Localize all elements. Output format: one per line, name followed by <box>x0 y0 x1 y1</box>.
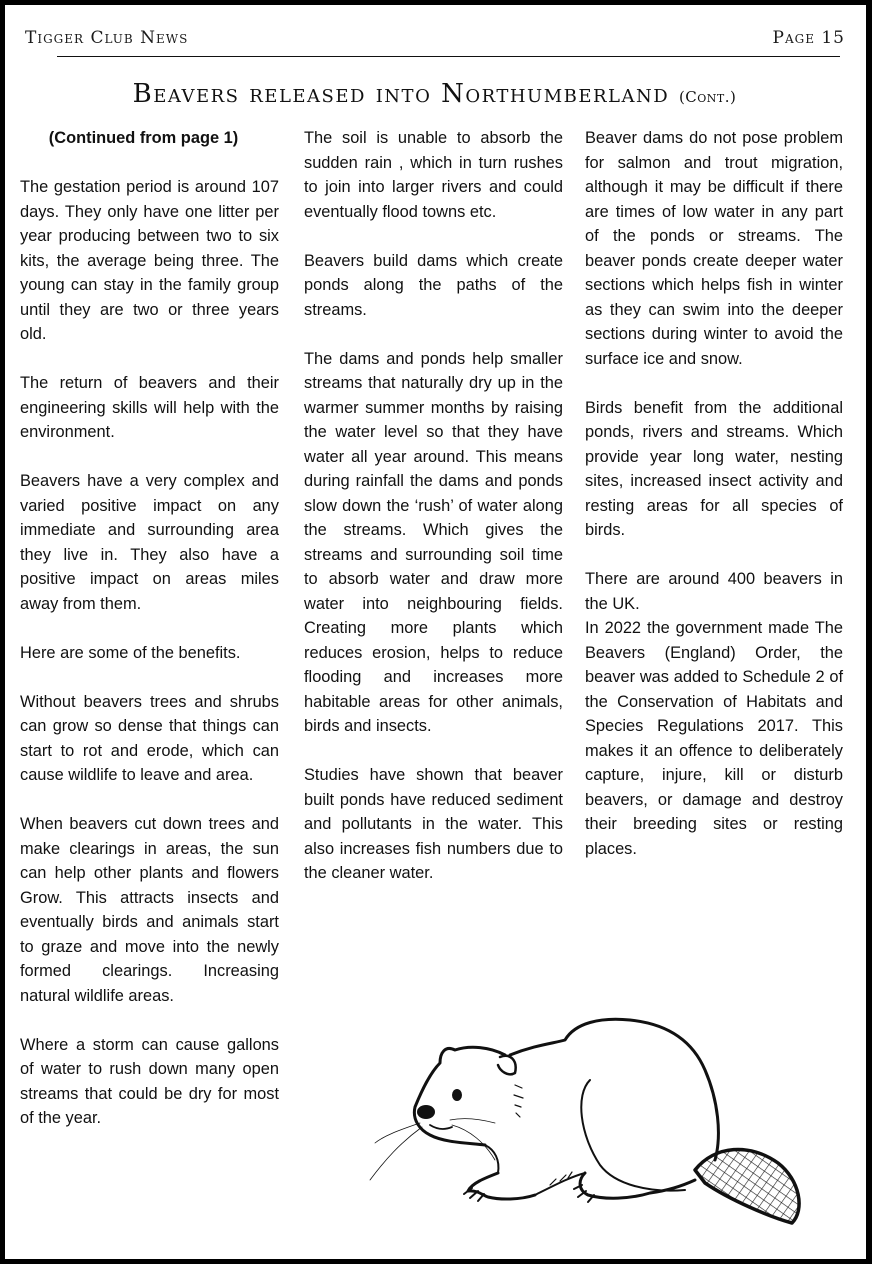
header-divider <box>57 56 840 57</box>
article-title: Beavers released into Northumberland (Co… <box>5 76 864 115</box>
page-number: Page 15 <box>773 27 846 49</box>
article-column-1: (Continued from page 1) The gestation pe… <box>20 126 279 1155</box>
paragraph: The gestation period is around 107 days.… <box>20 175 279 347</box>
page-border-inner-right <box>864 5 866 1259</box>
beaver-illustration <box>360 995 825 1240</box>
paragraph: Here are some of the benefits. <box>20 641 279 666</box>
paragraph: Beavers build dams which create ponds al… <box>304 249 563 323</box>
paragraph: When beavers cut down trees and make cle… <box>20 812 279 1008</box>
article-column-3: Beaver dams do not pose problem for salm… <box>585 126 843 886</box>
paragraph: Studies have shown that beaver built pon… <box>304 763 563 886</box>
paragraph: Without beavers trees and shrubs can gro… <box>20 690 279 788</box>
article-title-continued: (Cont.) <box>679 88 736 106</box>
paragraph: Birds benefit from the additional ponds,… <box>585 396 843 543</box>
paragraph: The return of beavers and their engineer… <box>20 371 279 445</box>
beaver-icon <box>360 995 825 1240</box>
paragraph: In 2022 the government made The Beavers … <box>585 616 843 861</box>
running-header: Tigger Club News Page 15 <box>25 27 845 49</box>
continued-from-note: (Continued from page 1) <box>20 126 279 151</box>
publication-name: Tigger Club News <box>25 27 188 49</box>
paragraph: Where a storm can cause gallons of water… <box>20 1033 279 1131</box>
article-title-text: Beavers released into Northumberland <box>133 79 670 109</box>
page-border-inner-bottom <box>5 1257 866 1259</box>
paragraph: Beaver dams do not pose problem for salm… <box>585 126 843 371</box>
paragraph: The dams and ponds help smaller streams … <box>304 347 563 739</box>
paragraph: Beavers have a very complex and varied p… <box>20 469 279 616</box>
paragraph: The soil is unable to absorb the sudden … <box>304 126 563 224</box>
article-column-2: The soil is unable to absorb the sudden … <box>304 126 563 910</box>
newsletter-page: Tigger Club News Page 15 Beavers release… <box>5 5 864 1257</box>
paragraph: There are around 400 beavers in the UK. <box>585 567 843 616</box>
